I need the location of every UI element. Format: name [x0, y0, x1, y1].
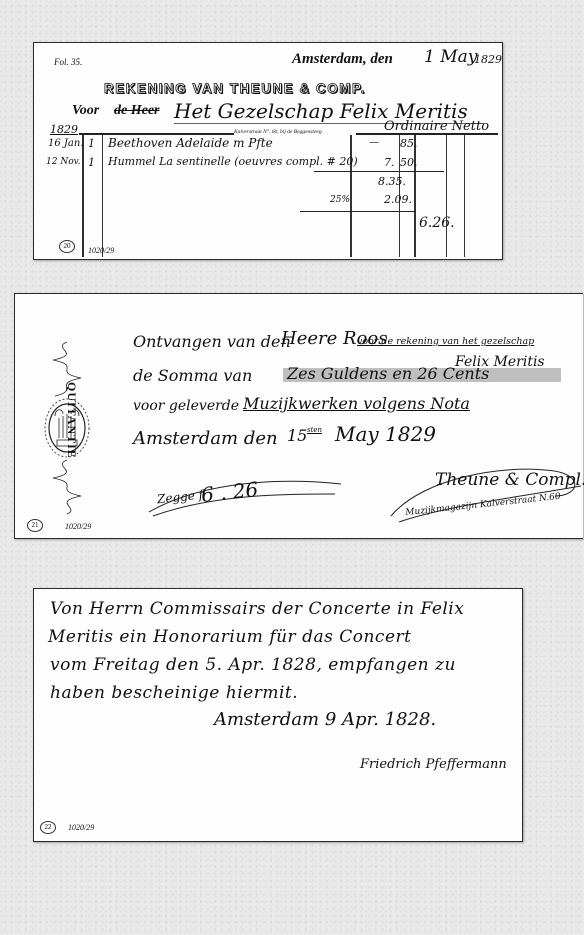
place-date-printed: Amsterdam, den: [292, 51, 393, 68]
subtotal: 8.35.: [378, 175, 406, 188]
row1-amount-right: 85.: [400, 137, 418, 150]
line1-tail: voor de rekening van het gezelschap: [357, 336, 534, 347]
row1-amount-left: —: [369, 137, 379, 148]
receipt-signature: Theune & Compl.: [435, 470, 584, 490]
circle-number: 22: [40, 821, 56, 834]
line1-printed: Ontvangen van den: [133, 332, 291, 351]
letter-signature: Friedrich Pfeffermann: [360, 757, 507, 772]
col-divider-qty: [102, 135, 103, 257]
quitantie-label: QUITANTIE: [64, 382, 79, 459]
line3-printed: voor geleverde: [133, 398, 239, 414]
folio-number: Fol. 35.: [54, 57, 82, 67]
row1-description: Beethoven Adelaide m Pfte: [108, 136, 273, 150]
circle-number: 20: [59, 240, 75, 253]
invoice-total: 6.26.: [419, 215, 455, 231]
total-rule: [300, 211, 416, 212]
de-heer-struck: de Heer: [114, 103, 159, 119]
archive-number: 1020/29: [88, 246, 114, 255]
circle-number: 21: [27, 519, 43, 532]
line4-month-year: May 1829: [335, 422, 436, 446]
invoice-sheet: Fol. 35. Amsterdam, den 1 May 1829 REKEN…: [33, 42, 503, 260]
row1-date: 16 Jan.: [48, 138, 84, 149]
invoice-title: REKENING VAN THEUNE & COMP.: [104, 81, 366, 96]
date-handwritten: 1 May: [424, 47, 477, 67]
letter-sheet: Von Herrn Commissairs der Concerte in Fe…: [33, 588, 523, 842]
header-right: Ordinaire Netto: [384, 119, 489, 134]
archive-number: 1020/29: [68, 823, 94, 832]
row2-amount-left: 7.: [384, 156, 395, 169]
row1-qty: 1: [88, 137, 95, 150]
line2-hand: Zes Guldens en 26 Cents: [287, 364, 489, 383]
line4-suffix: sten: [307, 426, 322, 434]
letter-line-3: vom Freitag den 5. Apr. 1828, empfangen …: [50, 655, 456, 675]
col-divider-net2: [446, 135, 447, 257]
line4-printed: Amsterdam den: [133, 428, 278, 449]
letter-date: Amsterdam 9 Apr. 1828.: [214, 709, 436, 730]
col-divider-net3: [464, 135, 465, 257]
line4-day: 15: [287, 426, 307, 445]
line3-hand: Muzijkwerken volgens Nota: [243, 394, 470, 413]
col-divider-net: [414, 135, 416, 257]
header-year: 1829: [50, 123, 78, 136]
col-divider-amount: [350, 135, 352, 257]
letter-line-2: Meritis ein Honorarium für das Concert: [48, 627, 411, 647]
row2-qty: 1: [88, 156, 95, 169]
invoice-year: 1829: [474, 53, 502, 66]
shop-address: Kalverstraat N°. 60, bij de Beggensteeg.: [234, 129, 323, 135]
receipt-sheet: QUITANTIE Ontvangen van den Heere Roos v…: [14, 293, 583, 539]
row2-description: Hummel La sentinelle (oeuvres compl. # 2…: [108, 155, 358, 168]
row2-amount-right: 50.: [400, 156, 418, 169]
voor-label: Voor: [72, 103, 99, 119]
col-divider-date: [82, 135, 84, 257]
line2-printed: de Somma van: [133, 366, 252, 385]
row2-date: 12 Nov.: [46, 157, 80, 167]
archive-number: 1020/29: [65, 522, 91, 531]
subtotal-rule: [314, 171, 444, 172]
discount-amount: 2.09.: [384, 193, 412, 206]
discount-label: 25%: [330, 195, 350, 205]
letter-line-4: haben bescheinige hiermit.: [50, 683, 298, 703]
letter-line-1: Von Herrn Commissairs der Concerte in Fe…: [50, 599, 464, 619]
